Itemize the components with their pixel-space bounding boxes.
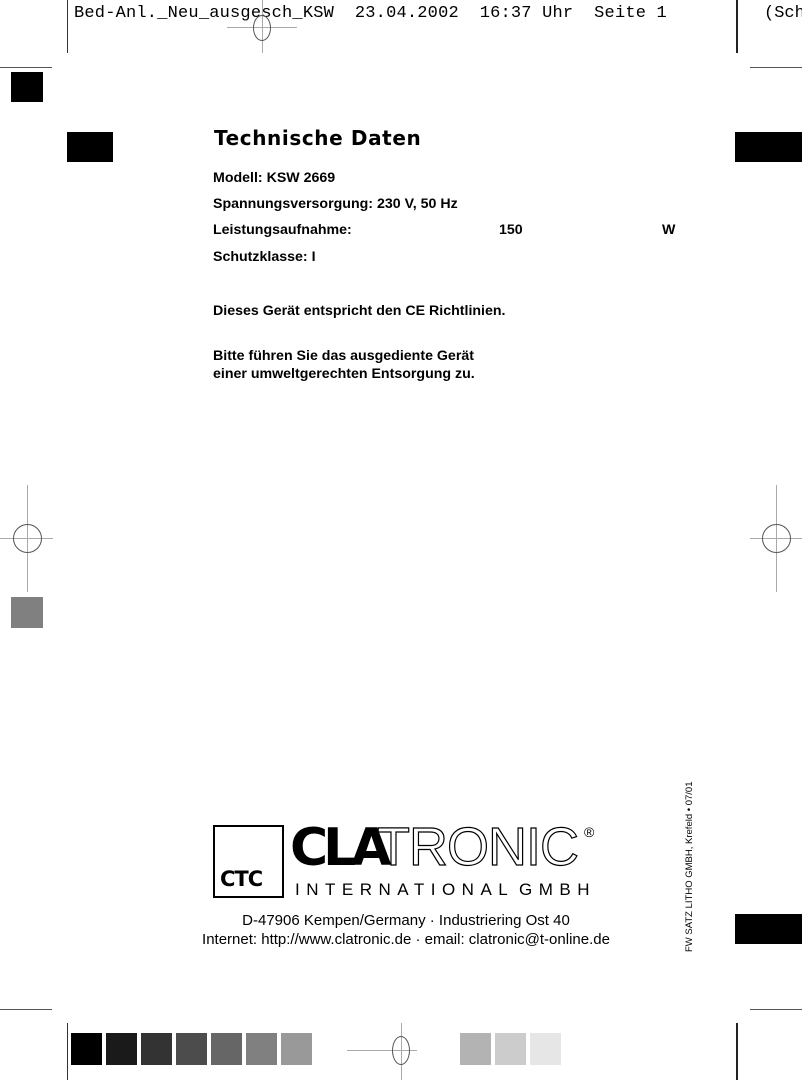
- crop-mark-top-left-vertical: [67, 0, 68, 53]
- logo-subtitle-gmbh: GMBH: [519, 880, 596, 900]
- color-swatch: [141, 1033, 172, 1065]
- color-swatch: [71, 1033, 102, 1065]
- crop-mark-top-right-vertical: [736, 0, 738, 53]
- spec-power-unit: W: [662, 222, 675, 238]
- spec-power-label: Leistungsaufnahme:: [213, 222, 352, 238]
- spec-model: Modell: KSW 2669: [213, 170, 335, 186]
- crop-mark-bottom-left-vertical: [67, 1023, 68, 1080]
- crop-mark-bottom-left-horizontal: [0, 1009, 52, 1010]
- disposal-notice-line2: einer umweltgerechten Entsorgung zu.: [213, 366, 475, 382]
- thumb-tab-black-right-bottom: [735, 914, 802, 944]
- brand-bold: CLA: [290, 822, 387, 874]
- slug-page: Seite 1: [594, 4, 667, 23]
- registered-mark: ®: [584, 824, 594, 840]
- company-contact: Internet: http://www.clatronic.de · emai…: [190, 931, 622, 948]
- printer-credit: FW SATZ LITHO GMBH, Krefeld • 07/01: [684, 782, 695, 953]
- color-swatch: [246, 1033, 277, 1065]
- ctc-badge-text: CTC: [220, 867, 262, 891]
- spec-voltage: Spannungsversorgung: 230 V, 50 Hz: [213, 196, 458, 212]
- thumb-tab-black-right: [735, 132, 802, 162]
- disposal-notice-line1: Bitte führen Sie das ausgediente Gerät: [213, 348, 474, 364]
- thumb-tab-black-left: [11, 72, 43, 102]
- section-technical-data: Technische Daten: [214, 126, 421, 150]
- print-slug: Bed-Anl._Neu_ausgesch_KSW 23.04.2002 16:…: [74, 4, 667, 23]
- color-swatch: [460, 1033, 491, 1065]
- color-swatch: [281, 1033, 312, 1065]
- slug-time: 16:37 Uhr: [480, 4, 574, 23]
- thumb-tab-black-left-inner: [67, 132, 113, 162]
- company-address: D-47906 Kempen/Germany · Industriering O…: [190, 912, 622, 929]
- color-bar-right: [460, 1033, 561, 1065]
- color-swatch: [530, 1033, 561, 1065]
- crop-mark-bottom-right-vertical: [736, 1023, 738, 1080]
- slug-filename: Bed-Anl._Neu_ausgesch_KSW: [74, 4, 334, 23]
- slug-date: 23.04.2002: [355, 4, 459, 23]
- logo-subtitle-international: INTERNATIONAL: [295, 880, 514, 900]
- crop-mark-bottom-right-horizontal: [750, 1009, 802, 1010]
- spec-protection-class: Schutzklasse: I: [213, 249, 316, 265]
- color-swatch: [106, 1033, 137, 1065]
- color-swatch: [495, 1033, 526, 1065]
- ctc-badge: CTC: [213, 825, 284, 898]
- crop-mark-top-right-horizontal: [750, 67, 802, 68]
- crop-mark-top-left-horizontal: [0, 67, 52, 68]
- color-swatch: [211, 1033, 242, 1065]
- ce-notice: Dieses Gerät entspricht den CE Richtlini…: [213, 303, 506, 319]
- slug-next-fragment: (Sch: [764, 4, 802, 23]
- page-title: Technische Daten: [214, 126, 421, 150]
- color-bar-left: [71, 1033, 312, 1065]
- brand-light: TRONIC: [377, 820, 578, 874]
- spec-power-value: 150: [499, 222, 523, 238]
- thumb-tab-gray-left: [11, 597, 43, 628]
- color-swatch: [176, 1033, 207, 1065]
